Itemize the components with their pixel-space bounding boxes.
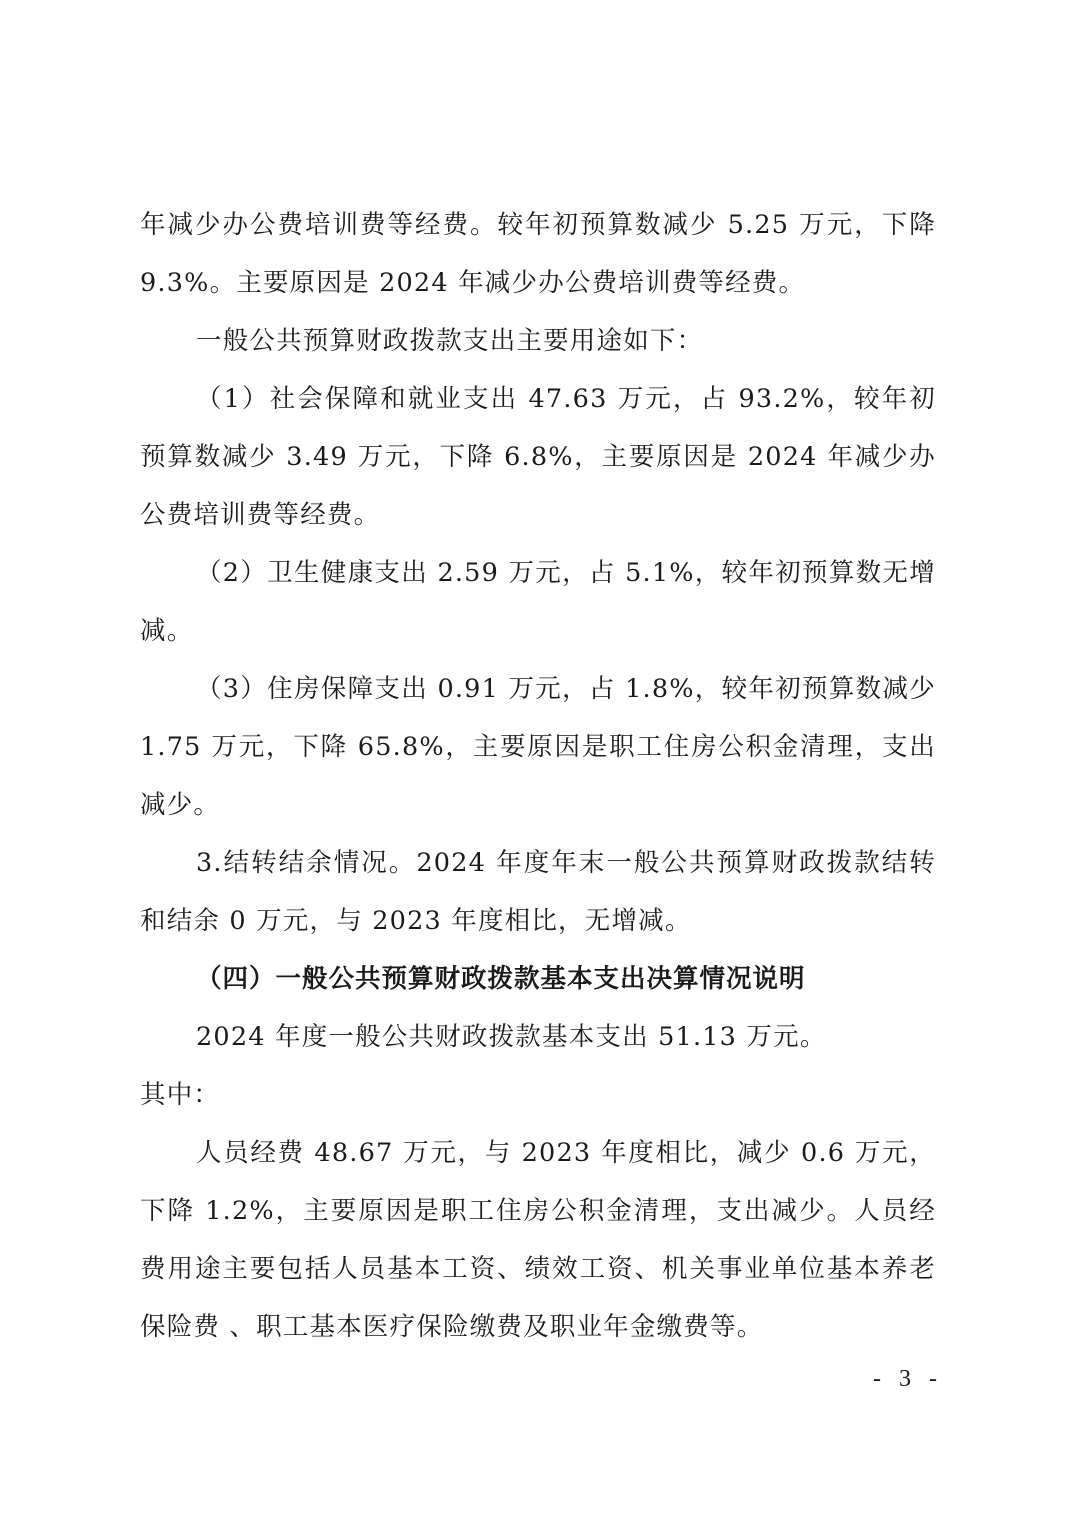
page-number: - 3 - xyxy=(868,1366,948,1393)
paragraph-among: 其中： xyxy=(140,1066,936,1124)
paragraph-continued: 年减少办公费培训费等经费。较年初预算数减少 5.25 万元，下降 9.3%。主要… xyxy=(140,196,936,312)
paragraph-carryover: 3.结转结余情况。2024 年度年末一般公共预算财政拨款结转和结余 0 万元，与… xyxy=(140,834,936,950)
paragraph-social-security-item: （1）社会保障和就业支出 47.63 万元，占 93.2%，较年初预算数减少 3… xyxy=(140,370,936,544)
paragraph-housing-item: （3）住房保障支出 0.91 万元，占 1.8%，较年初预算数减少 1.75 万… xyxy=(140,660,936,834)
paragraph-personnel-expenses: 人员经费 48.67 万元，与 2023 年度相比，减少 0.6 万元，下降 1… xyxy=(140,1124,936,1356)
paragraph-uses-intro: 一般公共预算财政拨款支出主要用途如下： xyxy=(140,312,936,370)
section-heading-basic-expenditure: （四）一般公共预算财政拨款基本支出决算情况说明 xyxy=(140,950,936,1008)
paragraph-health-item: （2）卫生健康支出 2.59 万元，占 5.1%，较年初预算数无增减。 xyxy=(140,544,936,660)
paragraph-basic-total: 2024 年度一般公共财政拨款基本支出 51.13 万元。 xyxy=(140,1008,936,1066)
document-page: 年减少办公费培训费等经费。较年初预算数减少 5.25 万元，下降 9.3%。主要… xyxy=(140,196,936,1356)
